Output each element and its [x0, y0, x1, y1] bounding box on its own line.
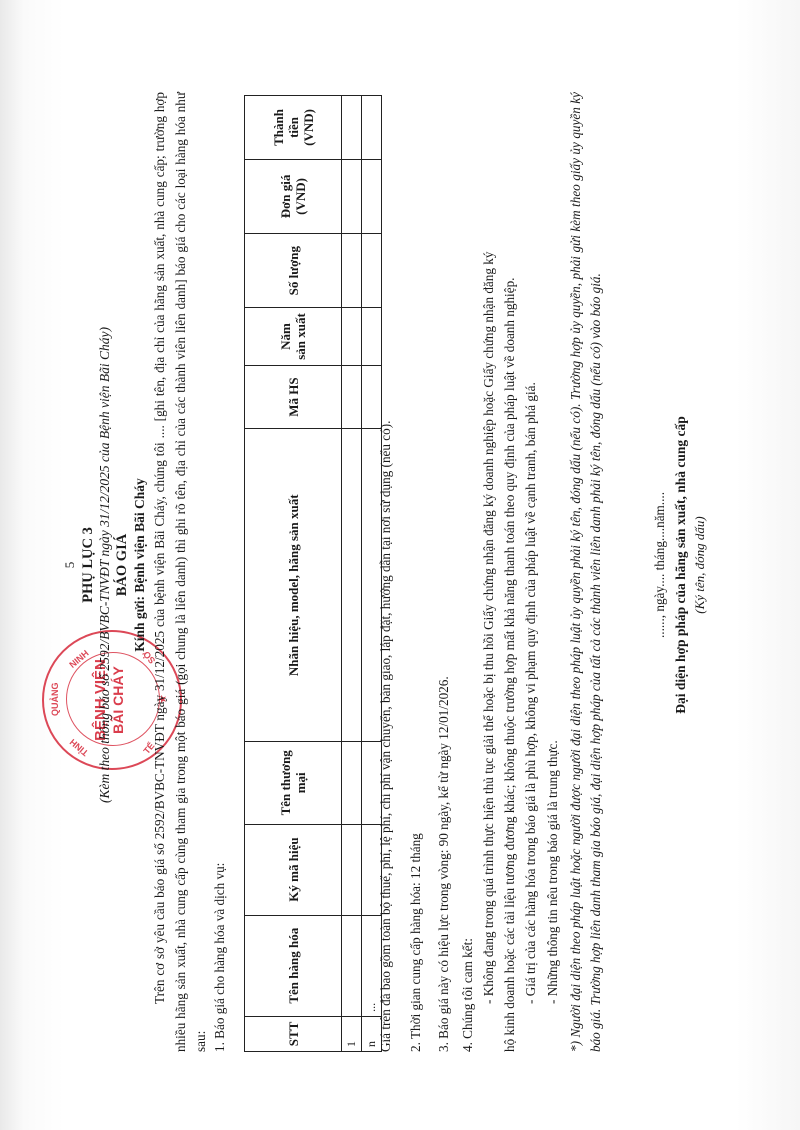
appendix-title: PHỤ LỤC 3	[80, 0, 97, 1130]
col-header-unit-price: Đơn giá (VND)	[245, 159, 342, 233]
signer-note: (Ký tên, đóng dấu)	[692, 0, 708, 1130]
price-inclusion-note: Giá trên đã bao gồm toàn bộ thuế, phí, l…	[378, 421, 394, 1052]
commitment-1-continued: hộ kinh doanh hoặc các tài liệu tương đư…	[502, 278, 518, 1052]
cell	[342, 96, 362, 160]
quotation-table: STT Tên hàng hóa Ký mã hiệu Tên thương m…	[244, 95, 382, 1052]
section-3-validity: 3. Báo giá này có hiệu lực trong vòng: 9…	[436, 676, 452, 1052]
appendix-subtitle: (Kèm theo thông báo số 2592/BVBC-TNVĐT n…	[97, 0, 113, 1130]
page-number: 5	[62, 0, 78, 1130]
section-1-heading: 1. Báo giá cho hàng hóa và dịch vụ:	[212, 863, 228, 1052]
signature-footnote: *) Người đại diện theo pháp luật hoặc ng…	[566, 92, 606, 1052]
col-header-model-code: Ký mã hiệu	[245, 824, 342, 915]
cell	[342, 159, 362, 233]
col-header-trade-name: Tên thương mại	[245, 742, 342, 825]
cell	[342, 742, 362, 825]
document-page: QUẢNG NINH TỈNH TẾ SỞ BỆNH VIỆN BÃI CHÁY…	[0, 0, 800, 1130]
commitment-2: - Giá trị của các hàng hóa trong báo giá…	[523, 382, 539, 1004]
cell	[362, 234, 382, 308]
cell	[342, 915, 362, 1016]
section-2-delivery-time: 2. Thời gian cung cấp hàng hóa: 12 tháng	[408, 833, 424, 1052]
signer-title: Đại diện hợp pháp của hãng sản xuất, nhà…	[673, 0, 689, 1130]
cell	[362, 96, 382, 160]
cell	[342, 429, 362, 742]
form-title: BÁO GIÁ	[114, 0, 131, 1130]
cell	[342, 308, 362, 365]
col-header-hs-code: Mã HS	[245, 365, 342, 429]
col-header-manufacture-year: Năm sản xuất	[245, 308, 342, 365]
col-header-total: Thành tiền (VND)	[245, 96, 342, 160]
col-header-quantity: Số lượng	[245, 234, 342, 308]
commitment-3: - Những thông tin nêu trong báo giá là t…	[545, 740, 561, 1004]
recipient-line: Kính gửi: Bệnh viện Bãi Cháy	[132, 0, 148, 1130]
date-line: ......, ngày.... tháng....năm....	[652, 0, 668, 1130]
col-header-stt: STT	[245, 1016, 342, 1051]
commitment-1: - Không đang trong quá trình thực hiện t…	[481, 252, 497, 1004]
col-header-product-name: Tên hàng hóa	[245, 915, 342, 1016]
cell	[342, 824, 362, 915]
cell	[362, 308, 382, 365]
cell: 1	[342, 1016, 362, 1051]
table-header-row: STT Tên hàng hóa Ký mã hiệu Tên thương m…	[245, 96, 342, 1052]
col-header-brand-model-manufacturer: Nhãn hiệu, model, hãng sản xuất	[245, 429, 342, 742]
table-row: 1	[342, 96, 362, 1052]
cell	[342, 365, 362, 429]
intro-paragraph: Trên cơ sở yêu cầu báo giá số 2592/BVBC-…	[150, 92, 212, 1052]
stamp-rim-top: QUẢNG	[50, 683, 60, 717]
cell	[362, 159, 382, 233]
cell	[342, 234, 362, 308]
section-4-heading: 4. Chúng tôi cam kết:	[460, 938, 476, 1052]
cell	[362, 365, 382, 429]
